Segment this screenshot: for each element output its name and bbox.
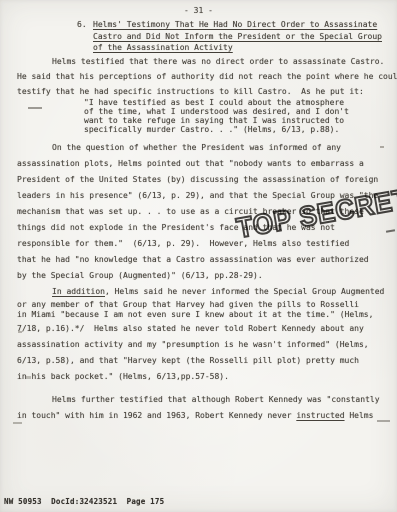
body-line: by the Special Group (Augmented)" (6/13,… bbox=[17, 271, 263, 280]
body-line: in touch" with him in 1962 and 1963, Rob… bbox=[17, 411, 373, 420]
body-line: Helms testified that there was no direct… bbox=[52, 57, 384, 66]
body-line: testify that he had specific instruction… bbox=[17, 87, 364, 96]
underlined-phrase: In addition bbox=[52, 287, 105, 296]
scan-artifact bbox=[380, 146, 384, 148]
section-heading-line: Castro and Did Not Inform the President … bbox=[93, 32, 382, 41]
scan-artifact bbox=[26, 376, 31, 379]
body-line: responsible for them." (6/13, p. 29). Ho… bbox=[17, 239, 349, 248]
block-quote-line: specifically murder Castro. . ." (Helms,… bbox=[84, 125, 339, 134]
body-line: or any member of that Group that Harvey … bbox=[17, 300, 359, 309]
scan-artifact bbox=[13, 422, 22, 424]
page-number: - 31 - bbox=[0, 6, 397, 15]
body-line: assassination activity and my "presumpti… bbox=[17, 340, 369, 349]
scan-artifact bbox=[18, 331, 22, 333]
body-line: President of the United States (by) disc… bbox=[17, 175, 378, 184]
section-heading-line: of the Assassination Activity bbox=[93, 43, 233, 52]
scanned-document-page: - 31 - 6. Helms' Testimony That He Had N… bbox=[0, 0, 397, 512]
body-line: that he had "no knowledge that a Castro … bbox=[17, 255, 369, 264]
body-line: On the question of whether the President… bbox=[52, 143, 341, 152]
section-heading-line: Helms' Testimony That He Had No Direct O… bbox=[93, 20, 377, 29]
scan-artifact bbox=[28, 107, 42, 109]
block-quote-line: want to take refuge in saying that I was… bbox=[84, 116, 344, 125]
body-line: Helms further testified that although Ro… bbox=[52, 395, 380, 404]
body-line: assassination plots, Helms pointed out t… bbox=[17, 159, 364, 168]
underlined-phrase: instructed bbox=[296, 411, 344, 420]
body-line: in Miami "because I am not even sure I k… bbox=[17, 310, 373, 319]
scan-artifact bbox=[386, 229, 395, 233]
body-text: Helms bbox=[345, 411, 374, 420]
body-line: in his back pocket." (Helms, 6/13,pp.57-… bbox=[17, 372, 229, 381]
block-quote-line: "I have testified as best I could about … bbox=[84, 98, 344, 107]
archive-footer: NW 50953 DocId:32423521 Page 175 bbox=[4, 497, 164, 506]
body-line: 7/18, p.16).*/ Helms also stated he neve… bbox=[17, 324, 364, 333]
block-quote-line: of the time, what I understood was desir… bbox=[84, 107, 349, 116]
body-line: He said that his perceptions of authorit… bbox=[17, 72, 397, 81]
body-text: in touch" with him in 1962 and 1963, Rob… bbox=[17, 411, 296, 420]
section-number: 6. bbox=[77, 20, 87, 29]
body-line: 6/13, p.58), and that "Harvey kept (the … bbox=[17, 356, 359, 365]
scan-artifact bbox=[377, 420, 390, 422]
body-line: In addition, Helms said he never informe… bbox=[52, 287, 384, 296]
body-text: , Helms said he never informed the Speci… bbox=[105, 287, 384, 296]
